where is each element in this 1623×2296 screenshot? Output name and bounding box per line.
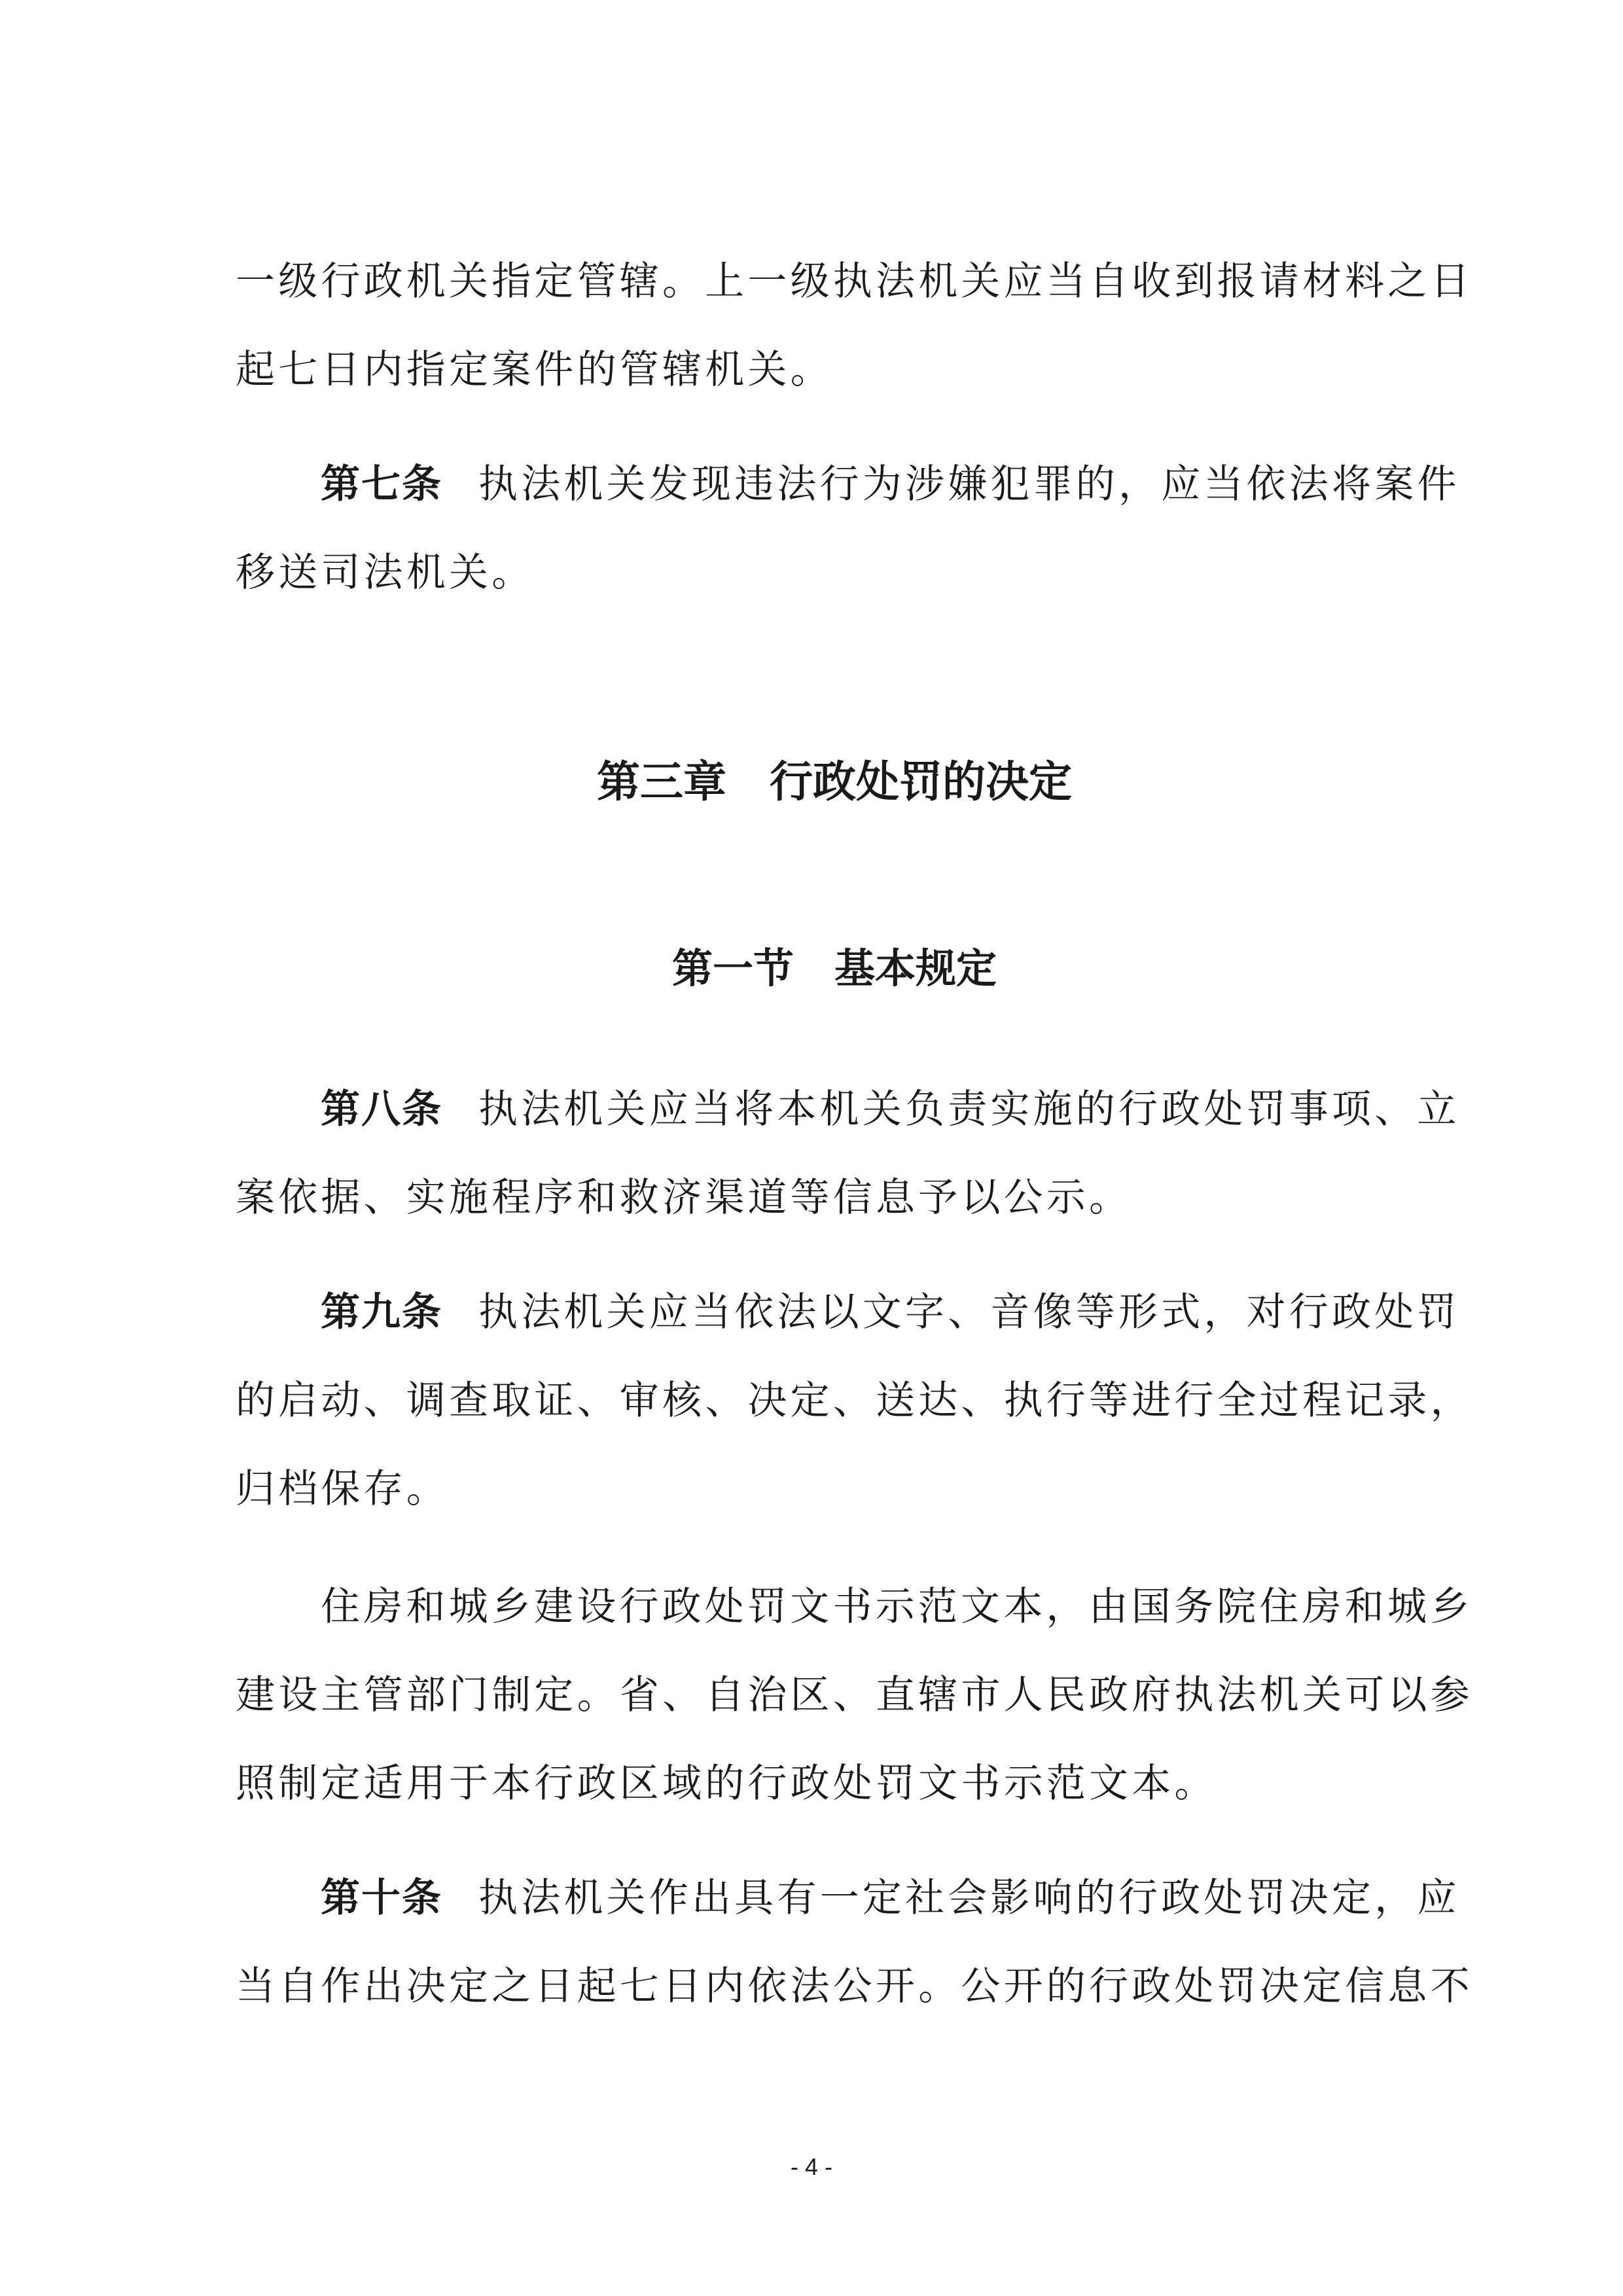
article-9-label: 第九条 bbox=[321, 1289, 442, 1335]
article-10-label: 第十条 bbox=[321, 1875, 442, 1921]
article-7-label: 第七条 bbox=[321, 461, 442, 507]
article-9-line-1: 第九条执法机关应当依法以文字、音像等形式，对行政处罚 bbox=[236, 1286, 1433, 1338]
article-7-text: 执法机关发现违法行为涉嫌犯罪的，应当依法将案件 bbox=[478, 461, 1460, 507]
templates-line-2: 建设主管部门制定。省、自治区、直辖市人民政府执法机关可以参 bbox=[236, 1669, 1433, 1721]
continuation-line-2: 起七日内指定案件的管辖机关。 bbox=[236, 344, 1433, 396]
article-7-line-1: 第七条执法机关发现违法行为涉嫌犯罪的，应当依法将案件 bbox=[236, 458, 1433, 511]
article-9-line-3: 归档保存。 bbox=[236, 1463, 1433, 1515]
article-10-text: 执法机关作出具有一定社会影响的行政处罚决定，应 bbox=[478, 1875, 1460, 1921]
templates-line-1: 住房和城乡建设行政处罚文书示范文本，由国务院住房和城乡 bbox=[236, 1581, 1433, 1633]
templates-text: 住房和城乡建设行政处罚文书示范文本，由国务院住房和城乡 bbox=[321, 1584, 1472, 1630]
templates-line-3: 照制定适用于本行政区域的行政处罚文书示范文本。 bbox=[236, 1757, 1433, 1810]
article-10-line-2: 当自作出决定之日起七日内依法公开。公开的行政处罚决定信息不 bbox=[236, 1960, 1433, 2013]
section-heading: 第一节 基本规定 bbox=[236, 939, 1433, 998]
article-8-text: 执法机关应当将本机关负责实施的行政处罚事项、立 bbox=[478, 1086, 1460, 1132]
continuation-line-1: 一级行政机关指定管辖。上一级执法机关应当自收到报请材料之日 bbox=[236, 255, 1433, 308]
page-number: - 4 - bbox=[0, 2153, 1623, 2181]
article-9-text: 执法机关应当依法以文字、音像等形式，对行政处罚 bbox=[478, 1289, 1460, 1335]
article-8-line-1: 第八条执法机关应当将本机关负责实施的行政处罚事项、立 bbox=[236, 1083, 1433, 1136]
chapter-heading: 第三章 行政处罚的决定 bbox=[236, 753, 1433, 812]
article-9-line-2: 的启动、调查取证、审核、决定、送达、执行等进行全过程记录， bbox=[236, 1374, 1433, 1427]
article-8-label: 第八条 bbox=[321, 1086, 442, 1132]
article-8-line-2: 案依据、实施程序和救济渠道等信息予以公示。 bbox=[236, 1172, 1433, 1224]
article-10-line-1: 第十条执法机关作出具有一定社会影响的行政处罚决定，应 bbox=[236, 1872, 1433, 1924]
article-7-line-2: 移送司法机关。 bbox=[236, 547, 1433, 599]
